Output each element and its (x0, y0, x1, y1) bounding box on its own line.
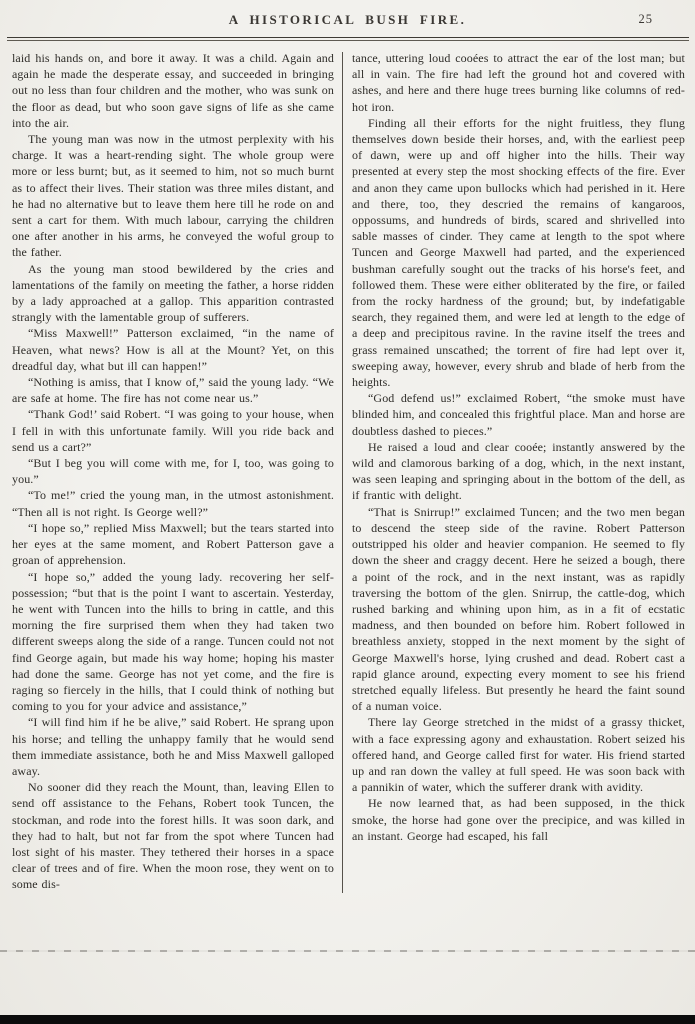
paragraph: Finding all their efforts for the night … (352, 115, 685, 390)
paragraph: “That is Snirrup!” exclaimed Tuncen; and… (352, 504, 685, 715)
paragraph: There lay George stretched in the midst … (352, 714, 685, 795)
text-columns: laid his hands on, and bore it away. It … (0, 41, 695, 893)
paragraph: He now learned that, as had been suppose… (352, 795, 685, 844)
paragraph: “But I beg you will come with me, for I,… (12, 455, 334, 487)
page-number: 25 (639, 12, 654, 27)
page-bottom-edge (0, 1015, 695, 1024)
paragraph: No sooner did they reach the Mount, than… (12, 779, 334, 892)
right-column: tance, uttering loud cooées to attract t… (352, 50, 685, 893)
paragraph: The young man was now in the utmost perp… (12, 131, 334, 261)
paragraph: laid his hands on, and bore it away. It … (12, 50, 334, 131)
paragraph: “I hope so,” added the young lady. recov… (12, 569, 334, 715)
paragraph: “God defend us!” exclaimed Robert, “the … (352, 390, 685, 439)
paragraph: “Nothing is amiss, that I know of,” said… (12, 374, 334, 406)
book-page: A HISTORICAL BUSH FIRE. 25 laid his hand… (0, 0, 695, 1024)
paragraph: “I hope so,” replied Miss Maxwell; but t… (12, 520, 334, 569)
paragraph: “Thank God!’ said Robert. “I was going t… (12, 406, 334, 455)
scan-artifact-line (0, 950, 695, 952)
running-title: A HISTORICAL BUSH FIRE. (229, 12, 466, 28)
column-divider-rule (342, 52, 343, 893)
paragraph: He raised a loud and clear cooée; instan… (352, 439, 685, 504)
page-header: A HISTORICAL BUSH FIRE. 25 (0, 0, 695, 34)
paragraph: As the young man stood bewildered by the… (12, 261, 334, 326)
paragraph: “I will find him if he be alive,” said R… (12, 714, 334, 779)
left-column: laid his hands on, and bore it away. It … (12, 50, 334, 893)
paragraph: “Miss Maxwell!” Patterson exclaimed, “in… (12, 325, 334, 374)
paragraph: tance, uttering loud cooées to attract t… (352, 50, 685, 115)
paragraph: “To me!” cried the young man, in the utm… (12, 487, 334, 519)
